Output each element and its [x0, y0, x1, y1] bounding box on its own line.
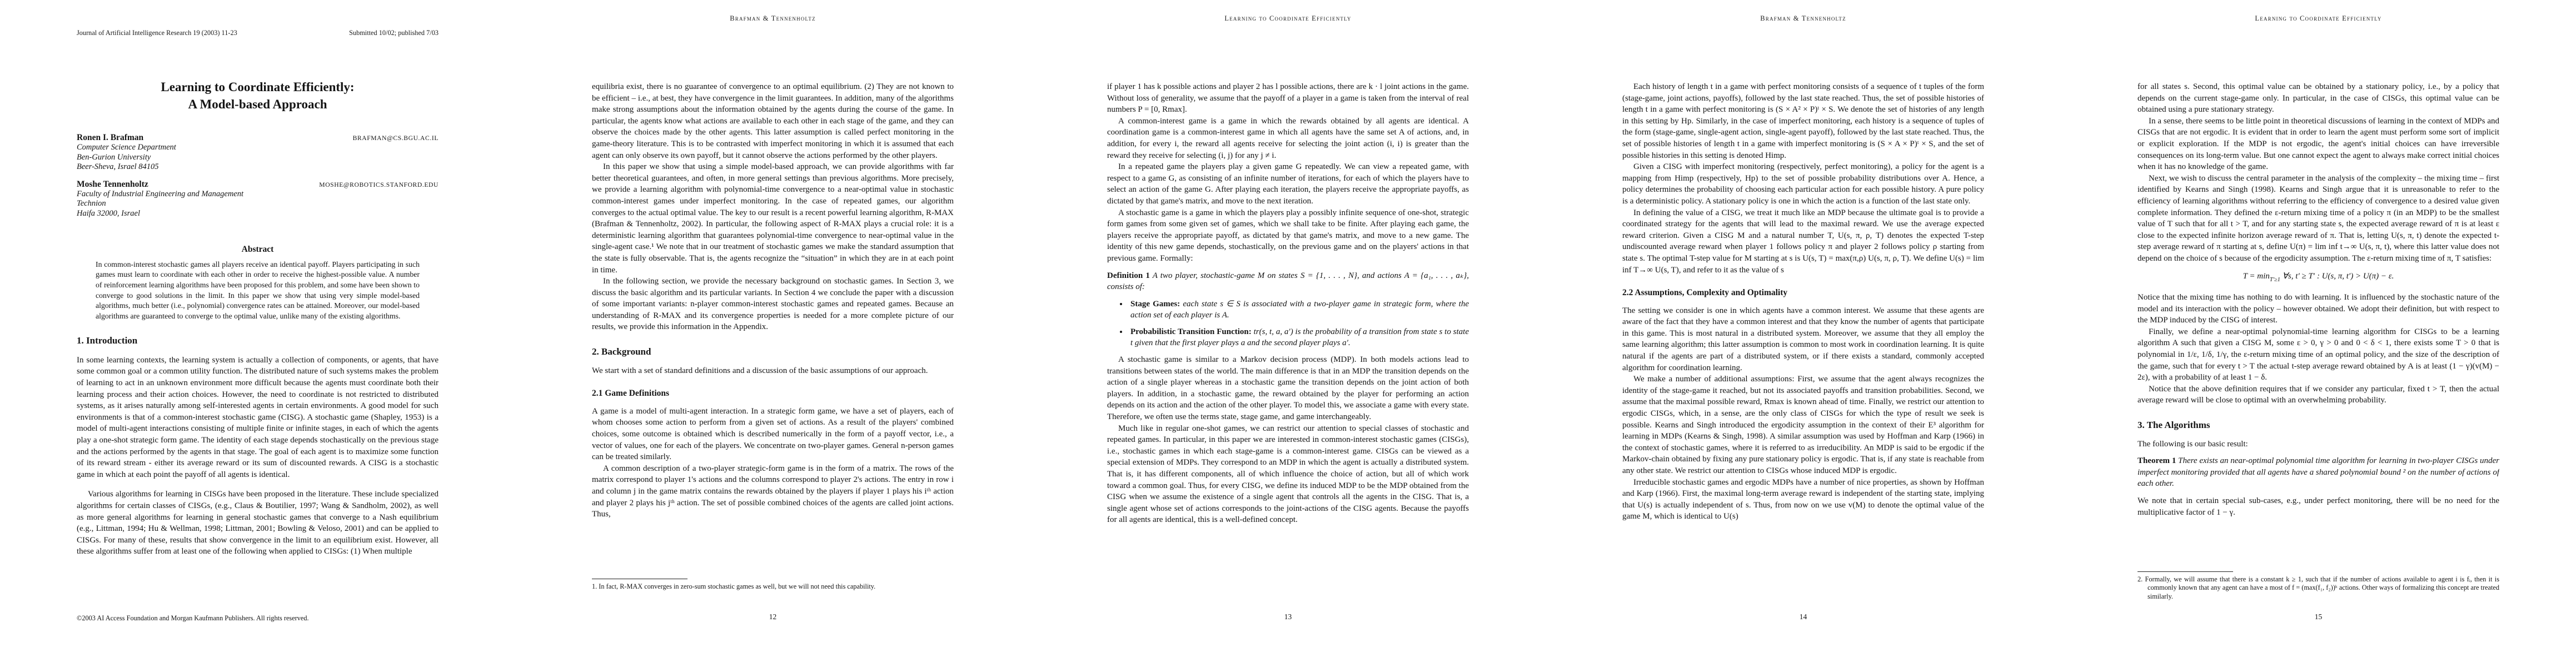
author-2-row: Moshe Tennenholtz MOSHE@ROBOTICS.STANFOR…	[77, 180, 439, 190]
section-heading: 1. Introduction	[77, 335, 439, 346]
author-affiliation: Beer-Sheva, Israel 84105	[77, 162, 439, 172]
footnote-text: 2. Formally, we will assume that there i…	[2137, 575, 2499, 601]
theorem-label: Theorem 1	[2137, 456, 2176, 465]
paragraph: Notice that the mixing time has nothing …	[2137, 292, 2499, 326]
paragraph: Much like in regular one-shot games, we …	[1107, 423, 1469, 526]
author-2: Moshe Tennenholtz MOSHE@ROBOTICS.STANFOR…	[77, 180, 439, 219]
running-head: Learning to Coordinate Efficiently	[2061, 14, 2576, 23]
abstract-text: In common-interest stochastic games all …	[77, 260, 439, 322]
page-15: Learning to Coordinate Efficiently for a…	[2061, 0, 2576, 667]
theorem-block: Theorem 1 There exists an near-optimal p…	[2137, 455, 2499, 490]
paragraph: We start with a set of standard definiti…	[592, 365, 954, 377]
running-head: Brafman & Tennenholtz	[1546, 14, 2061, 23]
author-email: MOSHE@ROBOTICS.STANFORD.EDU	[319, 181, 439, 188]
paragraph: Notice that the above definition require…	[2137, 384, 2499, 406]
list-item-label: Probabilistic Transition Function:	[1130, 327, 1252, 336]
paragraph: In some learning contexts, the learning …	[77, 355, 439, 481]
paragraph: The following is our basic result:	[2137, 439, 2499, 450]
paragraph: In a sense, there seems to be little poi…	[2137, 116, 2499, 173]
journal-header: Journal of Artificial Intelligence Resea…	[77, 29, 439, 37]
running-head: Brafman & Tennenholtz	[515, 14, 1030, 23]
page-14: Brafman & Tennenholtz Each history of le…	[1546, 0, 2061, 667]
author-1-row: Ronen I. Brafman BRAFMAN@CS.BGU.AC.IL	[77, 133, 439, 143]
author-name: Moshe Tennenholtz	[77, 180, 148, 190]
paragraph: The setting we consider is one in which …	[1622, 305, 1984, 374]
title-page-content: Journal of Artificial Intelligence Resea…	[77, 29, 439, 566]
page-number: 12	[515, 613, 1030, 621]
equation: T = minT′≥1 ∀s, t′ ≥ T′ : U(s, π, t′) > …	[2137, 271, 2499, 286]
paragraph: Finally, we define a near-optimal polyno…	[2137, 326, 2499, 384]
page-body: Each history of length t in a game with …	[1622, 81, 1984, 522]
page-number: 15	[2061, 613, 2576, 621]
paragraph: In a repeated game the players play a gi…	[1107, 161, 1469, 207]
author-affiliation: Technion	[77, 199, 439, 209]
subsection-heading: 2.1 Game Definitions	[592, 388, 954, 400]
paragraph: Given a CISG with imperfect monitoring (…	[1622, 161, 1984, 207]
paragraph: Each history of length t in a game with …	[1622, 81, 1984, 161]
footnote-block: 2. Formally, we will assume that there i…	[2137, 571, 2499, 601]
paragraph: In this paper we show that using a simpl…	[592, 161, 954, 276]
paragraph: We make a number of additional assumptio…	[1622, 374, 1984, 476]
paragraph: Next, we wish to discuss the central par…	[2137, 173, 2499, 265]
running-head: Learning to Coordinate Efficiently	[1030, 14, 1546, 23]
equation-subscript: T′≥1	[2270, 277, 2280, 283]
author-block: Ronen I. Brafman BRAFMAN@CS.BGU.AC.IL Co…	[77, 133, 439, 219]
list-item-text: each state s ∈ S is associated with a tw…	[1130, 300, 1469, 320]
paragraph: We note that in certain special sub-case…	[2137, 495, 2499, 518]
paper-spread: Journal of Artificial Intelligence Resea…	[0, 0, 2576, 667]
author-affiliation: Faculty of Industrial Engineering and Ma…	[77, 190, 439, 200]
footnote-block: 1. In fact, R-MAX converges in zero-sum …	[592, 579, 954, 591]
definition-text: A two player, stochastic-game M on state…	[1107, 271, 1469, 292]
paragraph: A common-interest game is a game in whic…	[1107, 116, 1469, 161]
author-affiliation: Ben-Gurion University	[77, 153, 439, 163]
definition-list: Stage Games: each state s ∈ S is associa…	[1112, 298, 1469, 349]
copyright-line: ©2003 AI Access Foundation and Morgan Ka…	[77, 614, 439, 623]
list-item-label: Stage Games:	[1130, 300, 1180, 308]
subsection-heading: 2.2 Assumptions, Complexity and Optimali…	[1622, 287, 1984, 299]
page-11: Journal of Artificial Intelligence Resea…	[0, 0, 515, 667]
equation-rhs: ∀s, t′ ≥ T′ : U(s, π, t′) > U(π) − ε.	[2280, 272, 2394, 281]
submission-note: Submitted 10/02; published 7/03	[349, 29, 439, 37]
page-number: 14	[1546, 613, 2061, 621]
page-body: if player 1 has k possible actions and p…	[1107, 81, 1469, 526]
author-affiliation: Haifa 32000, Israel	[77, 209, 439, 219]
list-item: Probabilistic Transition Function: tr(s,…	[1128, 326, 1469, 349]
definition-block: Definition 1 A two player, stochastic-ga…	[1107, 270, 1469, 293]
paragraph: In the following section, we provide the…	[592, 276, 954, 333]
journal-citation: Journal of Artificial Intelligence Resea…	[77, 29, 237, 37]
paragraph: for all states s. Second, this optimal v…	[2137, 81, 2499, 116]
paragraph: Irreducible stochastic games and ergodic…	[1622, 477, 1984, 522]
author-affiliation: Computer Science Department	[77, 143, 439, 153]
paragraph: A stochastic game is a game in which the…	[1107, 207, 1469, 265]
abstract-heading: Abstract	[77, 245, 439, 255]
paragraph: if player 1 has k possible actions and p…	[1107, 81, 1469, 116]
definition-label: Definition 1	[1107, 271, 1150, 280]
list-item: Stage Games: each state s ∈ S is associa…	[1128, 298, 1469, 321]
paper-title: Learning to Coordinate Efficiently: A Mo…	[77, 78, 439, 113]
page-number: 13	[1030, 613, 1546, 621]
paragraph: Various algorithms for learning in CISGs…	[77, 489, 439, 558]
paper-title-line2: A Model-based Approach	[77, 96, 439, 113]
paper-title-line1: Learning to Coordinate Efficiently:	[77, 78, 439, 96]
author-email: BRAFMAN@CS.BGU.AC.IL	[353, 135, 439, 142]
paragraph: A common description of a two-player str…	[592, 463, 954, 520]
page-12: Brafman & Tennenholtz equilibria exist, …	[515, 0, 1030, 667]
introduction-text: In some learning contexts, the learning …	[77, 355, 439, 558]
footnote-rule	[592, 579, 687, 579]
page-body: equilibria exist, there is no guarantee …	[592, 81, 954, 520]
paragraph: A stochastic game is similar to a Markov…	[1107, 354, 1469, 423]
equation-lhs: T = min	[2243, 272, 2270, 281]
page-body: for all states s. Second, this optimal v…	[2137, 81, 2499, 518]
paragraph: In defining the value of a CISG, we trea…	[1622, 207, 1984, 276]
footnote-rule	[2137, 571, 2233, 572]
footnote-text: 1. In fact, R-MAX converges in zero-sum …	[592, 583, 954, 591]
theorem-text: There exists an near-optimal polynomial …	[2137, 456, 2499, 488]
section-heading: 2. Background	[592, 346, 954, 358]
section-heading: 3. The Algorithms	[2137, 420, 2499, 431]
paragraph: A game is a model of multi-agent interac…	[592, 406, 954, 463]
author-1: Ronen I. Brafman BRAFMAN@CS.BGU.AC.IL Co…	[77, 133, 439, 172]
page-13: Learning to Coordinate Efficiently if pl…	[1030, 0, 1546, 667]
paragraph: equilibria exist, there is no guarantee …	[592, 81, 954, 161]
author-name: Ronen I. Brafman	[77, 133, 143, 143]
